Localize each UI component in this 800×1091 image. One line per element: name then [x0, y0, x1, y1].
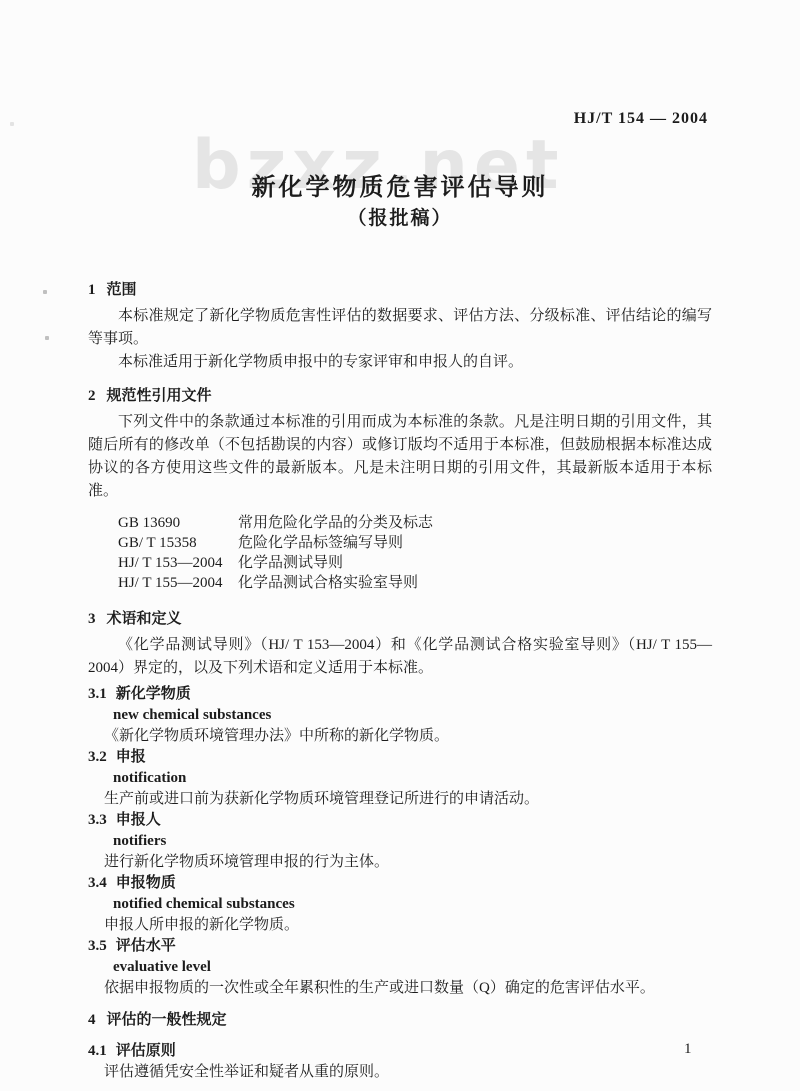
reference-item: HJ/ T 153—2004 化学品测试导则	[88, 553, 712, 573]
term-number: 3.5	[88, 938, 107, 954]
section-number: 1	[88, 282, 96, 298]
document-page: { "header": { "standard_code": "HJ/T 154…	[0, 0, 800, 1091]
term-number: 3.4	[88, 875, 107, 891]
reference-title: 化学品测试导则	[238, 553, 343, 573]
term-name-zh: 申报	[116, 749, 146, 765]
term-number: 3.1	[88, 686, 107, 702]
standard-code: HJ/T 154 — 2004	[574, 110, 708, 128]
document-body: 1范围 本标准规定了新化学物质危害性评估的数据要求、评估方法、分级标准、评估结论…	[88, 280, 712, 1083]
term-item: 3.1新化学物质 new chemical substances 《新化学物质环…	[88, 684, 712, 747]
term-name-en: evaluative level	[88, 957, 712, 978]
term-heading: 3.4申报物质	[88, 873, 712, 894]
subsection-number: 4.1	[88, 1043, 107, 1059]
term-heading: 3.2申报	[88, 747, 712, 768]
term-name-zh: 申报人	[116, 812, 161, 828]
subsection-heading-principles: 4.1评估原则	[88, 1041, 712, 1062]
section-title: 评估的一般性规定	[107, 1012, 227, 1028]
reference-title: 化学品测试合格实验室导则	[238, 573, 418, 593]
document-title: 新化学物质危害评估导则	[0, 167, 800, 202]
reference-code: GB/ T 15358	[118, 533, 238, 553]
term-heading: 3.1新化学物质	[88, 684, 712, 705]
subsection-title: 评估原则	[116, 1043, 176, 1059]
term-name-zh: 评估水平	[116, 938, 176, 954]
term-definition: 《新化学物质环境管理办法》中所称的新化学物质。	[88, 726, 712, 747]
reference-code: GB 13690	[118, 513, 238, 533]
term-number: 3.3	[88, 812, 107, 828]
term-item: 3.4申报物质 notified chemical substances 申报人…	[88, 873, 712, 936]
term-definition: 申报人所申报的新化学物质。	[88, 915, 712, 936]
normative-refs-intro: 下列文件中的条款通过本标准的引用而成为本标准的条款。凡是注明日期的引用文件，其随…	[88, 411, 712, 503]
reference-item: GB 13690 常用危险化学品的分类及标志	[88, 513, 712, 533]
scope-paragraph-2: 本标准适用于新化学物质申报中的专家评审和申报人的自评。	[88, 351, 712, 374]
term-name-en: new chemical substances	[88, 705, 712, 726]
section-heading-normative-refs: 2规范性引用文件	[88, 386, 712, 407]
scan-speck	[10, 122, 14, 126]
section-heading-scope: 1范围	[88, 280, 712, 301]
term-heading: 3.5评估水平	[88, 936, 712, 957]
term-name-zh: 新化学物质	[116, 686, 191, 702]
term-definition: 依据申报物质的一次性或全年累积性的生产或进口数量（Q）确定的危害评估水平。	[88, 978, 712, 999]
scope-paragraph-1: 本标准规定了新化学物质危害性评估的数据要求、评估方法、分级标准、评估结论的编写等…	[88, 305, 712, 351]
term-number: 3.2	[88, 749, 107, 765]
term-item: 3.3申报人 notifiers 进行新化学物质环境管理申报的行为主体。	[88, 810, 712, 873]
section-heading-terms: 3术语和定义	[88, 609, 712, 630]
section-number: 3	[88, 611, 96, 627]
section-title: 范围	[107, 282, 137, 298]
terms-intro: 《化学品测试导则》（HJ/ T 153—2004）和《化学品测试合格实验室导则》…	[88, 634, 712, 680]
section-title: 术语和定义	[107, 611, 182, 627]
term-name-en: notified chemical substances	[88, 894, 712, 915]
term-name-en: notifiers	[88, 831, 712, 852]
term-item: 3.2申报 notification 生产前或进口前为获新化学物质环境管理登记所…	[88, 747, 712, 810]
section-number: 2	[88, 388, 96, 404]
term-definition: 进行新化学物质环境管理申报的行为主体。	[88, 852, 712, 873]
reference-title: 危险化学品标签编写导则	[238, 533, 403, 553]
reference-code: HJ/ T 153—2004	[118, 553, 238, 573]
document-subtitle: （报批稿）	[0, 203, 800, 230]
section-number: 4	[88, 1012, 96, 1028]
reference-item: GB/ T 15358 危险化学品标签编写导则	[88, 533, 712, 553]
term-heading: 3.3申报人	[88, 810, 712, 831]
section-heading-general: 4评估的一般性规定	[88, 1010, 712, 1031]
term-name-en: notification	[88, 768, 712, 789]
scan-speck	[43, 290, 47, 294]
term-name-zh: 申报物质	[116, 875, 176, 891]
reference-list: GB 13690 常用危险化学品的分类及标志 GB/ T 15358 危险化学品…	[88, 513, 712, 593]
section-title: 规范性引用文件	[107, 388, 212, 404]
reference-code: HJ/ T 155—2004	[118, 573, 238, 593]
term-definition: 生产前或进口前为获新化学物质环境管理登记所进行的申请活动。	[88, 789, 712, 810]
scan-speck	[45, 336, 49, 340]
principles-text: 评估遵循凭安全性举证和疑者从重的原则。	[88, 1062, 712, 1083]
reference-item: HJ/ T 155—2004 化学品测试合格实验室导则	[88, 573, 712, 593]
reference-title: 常用危险化学品的分类及标志	[238, 513, 433, 533]
term-item: 3.5评估水平 evaluative level 依据申报物质的一次性或全年累积…	[88, 936, 712, 999]
